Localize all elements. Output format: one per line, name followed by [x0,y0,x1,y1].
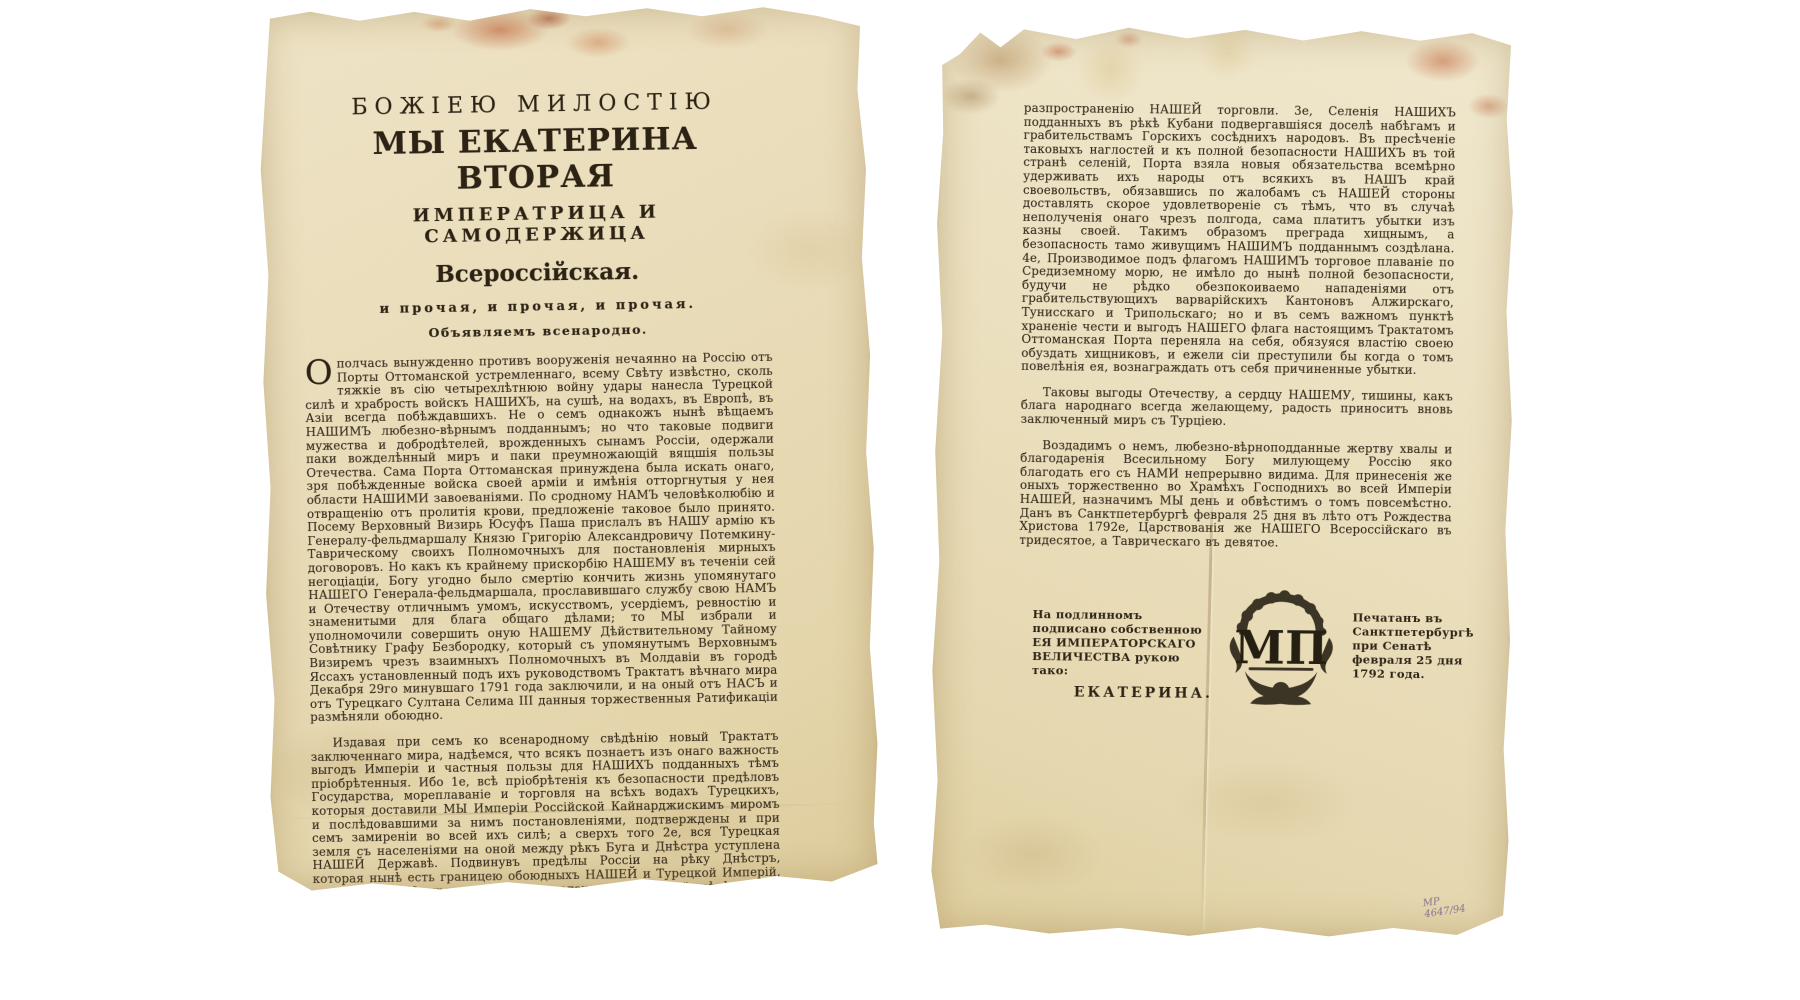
title-line-5: и прочая, и прочая, и прочая. [304,296,772,318]
signature-block: На подлинномъ подписано собственною ЕЯ И… [1018,581,1451,712]
pencil-mark-line2: 4647/94 [1424,904,1467,920]
proclamation-line: Объявляемъ всенародно. [304,320,772,342]
scan-background: БОЖІЕЮ МИЛОСТІЮ МЫ ЕКАТЕРИНА ВТОРАЯ ИМПЕ… [0,0,1800,1000]
page-left: БОЖІЕЮ МИЛОСТІЮ МЫ ЕКАТЕРИНА ВТОРАЯ ИМПЕ… [255,1,881,895]
paragraph-4: Таковы выгоды Отечеству, а сердцу НАШЕМУ… [1021,386,1453,431]
pencil-mark-line1: МР [1423,893,1466,909]
print-note: Печатанъ въ Санктпетербургѣ при Сенатѣ ф… [1352,585,1474,682]
catchword: разпро- [313,912,781,933]
pencil-inventory-mark: МР 4647/94 [1423,893,1467,920]
seal-ornament: МП [1222,583,1341,710]
paragraph-5: Воздадимъ о немъ, любезно-вѣрноподданные… [1019,439,1452,552]
attestation-note: На подлинномъ подписано собственною ЕЯ И… [1032,581,1211,701]
title-line-3: ИМПЕРАТРИЦА И САМОДЕРЖИЦА [302,200,771,249]
title-line-4: Всероссійская. [303,256,771,290]
seal-monogram: МП [1234,621,1329,676]
paragraph-1-text: полчась вынужденно противъ вооруженія не… [305,350,778,725]
page-right: разпространенію НАШЕЙ торговли. 3е, Селе… [927,23,1519,941]
title-line-1: БОЖІЕЮ МИЛОСТІЮ [300,89,768,121]
attestation-text: На подлинномъ подписано собственною ЕЯ И… [1032,607,1211,679]
paragraph-3: разпространенію НАШЕЙ торговли. 3е, Селе… [1021,102,1456,378]
imperial-seal: МП [1222,583,1341,710]
title-line-2: МЫ ЕКАТЕРИНА ВТОРАЯ [301,120,770,199]
signature-name: ЕКАТЕРИНА. [1074,686,1210,701]
paragraph-1: Ополчась вынужденно противъ вооруженія н… [305,351,779,725]
drop-cap: О [305,358,337,386]
paragraph-2: Издавая при семъ ко всенародному свѣдѣні… [311,730,782,914]
